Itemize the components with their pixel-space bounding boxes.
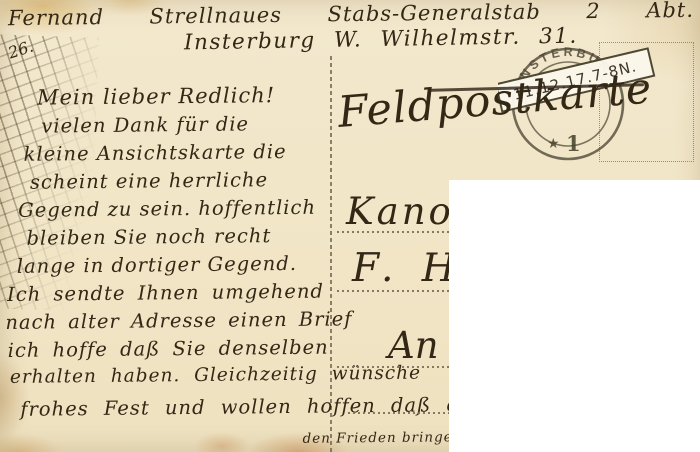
- message-line: bleiben Sie noch recht: [26, 224, 271, 250]
- message-line: Mein lieber Redlich!: [37, 83, 275, 109]
- address-line-3: An: [388, 324, 439, 367]
- message-line: scheint eine herrliche: [30, 168, 268, 193]
- postmark-star-icon: ★: [547, 136, 560, 152]
- message-line: den Frieden bringen: [303, 429, 463, 447]
- postcard-scan: Fernand Strellnaues Stabs-Generalstab 2 …: [0, 0, 700, 452]
- message-line: frohes Fest und wollen hoffen daß es un: [20, 393, 512, 421]
- message-line: Ich sendte Ihnen umgehend: [7, 280, 324, 306]
- postcard-paper: Fernand Strellnaues Stabs-Generalstab 2 …: [0, 0, 700, 452]
- blank-overlay: [449, 180, 700, 452]
- message-line: lange in dortiger Gegend.: [17, 252, 297, 278]
- message-line: vielen Dank für die: [41, 112, 249, 137]
- postmark-index-number: 1: [566, 131, 581, 156]
- message-line: Gegend zu sein. hoffentlich: [18, 196, 316, 222]
- message-line: ich hoffe daß Sie denselben: [8, 336, 329, 362]
- message-line: nach alter Adresse einen Brief: [5, 307, 352, 334]
- address-dotted-rule: [348, 412, 450, 414]
- message-line: kleine Ansichtskarte die: [23, 140, 286, 166]
- address-line-2: F. H: [352, 246, 464, 291]
